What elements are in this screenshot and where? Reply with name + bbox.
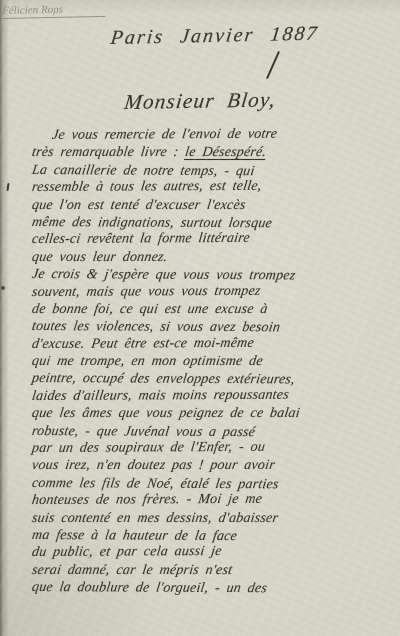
ink-speck bbox=[1, 286, 5, 290]
letter-line: laides d'ailleurs, mais moins repoussant… bbox=[31, 386, 392, 405]
letter-line: vous irez, n'en doutez pas ! pour avoir bbox=[31, 457, 391, 474]
ink-speck bbox=[6, 183, 9, 191]
letter-line: suis contenté en mes dessins, d'abaisser bbox=[31, 510, 391, 527]
letter-line: que les âmes que vous peignez de ce bala… bbox=[31, 405, 391, 422]
letter-line: de bonne foi, ce qui est une excuse à bbox=[31, 301, 391, 318]
letter-line: très remarquable livre : le Désespéré. bbox=[31, 144, 391, 161]
letter-body: Je vous remercie de l'envoi de votretrès… bbox=[32, 127, 390, 597]
letter-line: Je vous remercie de l'envoi de votre bbox=[31, 125, 392, 144]
letter-line: que la doublure de l'orgueil, - un des bbox=[31, 579, 391, 598]
salutation: Monsieur Bloy, bbox=[123, 87, 278, 115]
letter-line: honteuses de nos frères. - Moi je me bbox=[31, 490, 392, 509]
letter-line: d'excuse. Peut être est-ce moi-même bbox=[31, 334, 392, 353]
letter-line: par un des soupiraux de l'Enfer, - ou bbox=[31, 438, 392, 457]
pencil-annotation: Félicien Rops bbox=[2, 3, 105, 19]
letter-line: ressemble à tous les autres, est telle, bbox=[31, 177, 392, 196]
letter-line: souvent, mais que vous vous trompez bbox=[31, 282, 392, 301]
underlined-book-title: le Désespéré. bbox=[184, 145, 267, 160]
letter-line: qui me trompe, en mon optimisme de bbox=[31, 353, 391, 370]
letter-line: que vous leur donnez. bbox=[31, 249, 391, 266]
letter-line: serai damné, car le mépris n'est bbox=[31, 562, 391, 579]
dateline: Paris Janvier 1887 bbox=[109, 23, 320, 50]
numeral-seven-tail-stroke bbox=[266, 51, 280, 79]
letter-line: celles-ci revêtent la forme littéraire bbox=[31, 229, 392, 248]
letter-line: du public, et par cela aussi je bbox=[31, 543, 392, 562]
letter-line: que l'on est tenté d'excuser l'excès bbox=[31, 197, 391, 214]
letter-page: Félicien Rops Paris Janvier 1887 Monsieu… bbox=[0, 0, 400, 636]
